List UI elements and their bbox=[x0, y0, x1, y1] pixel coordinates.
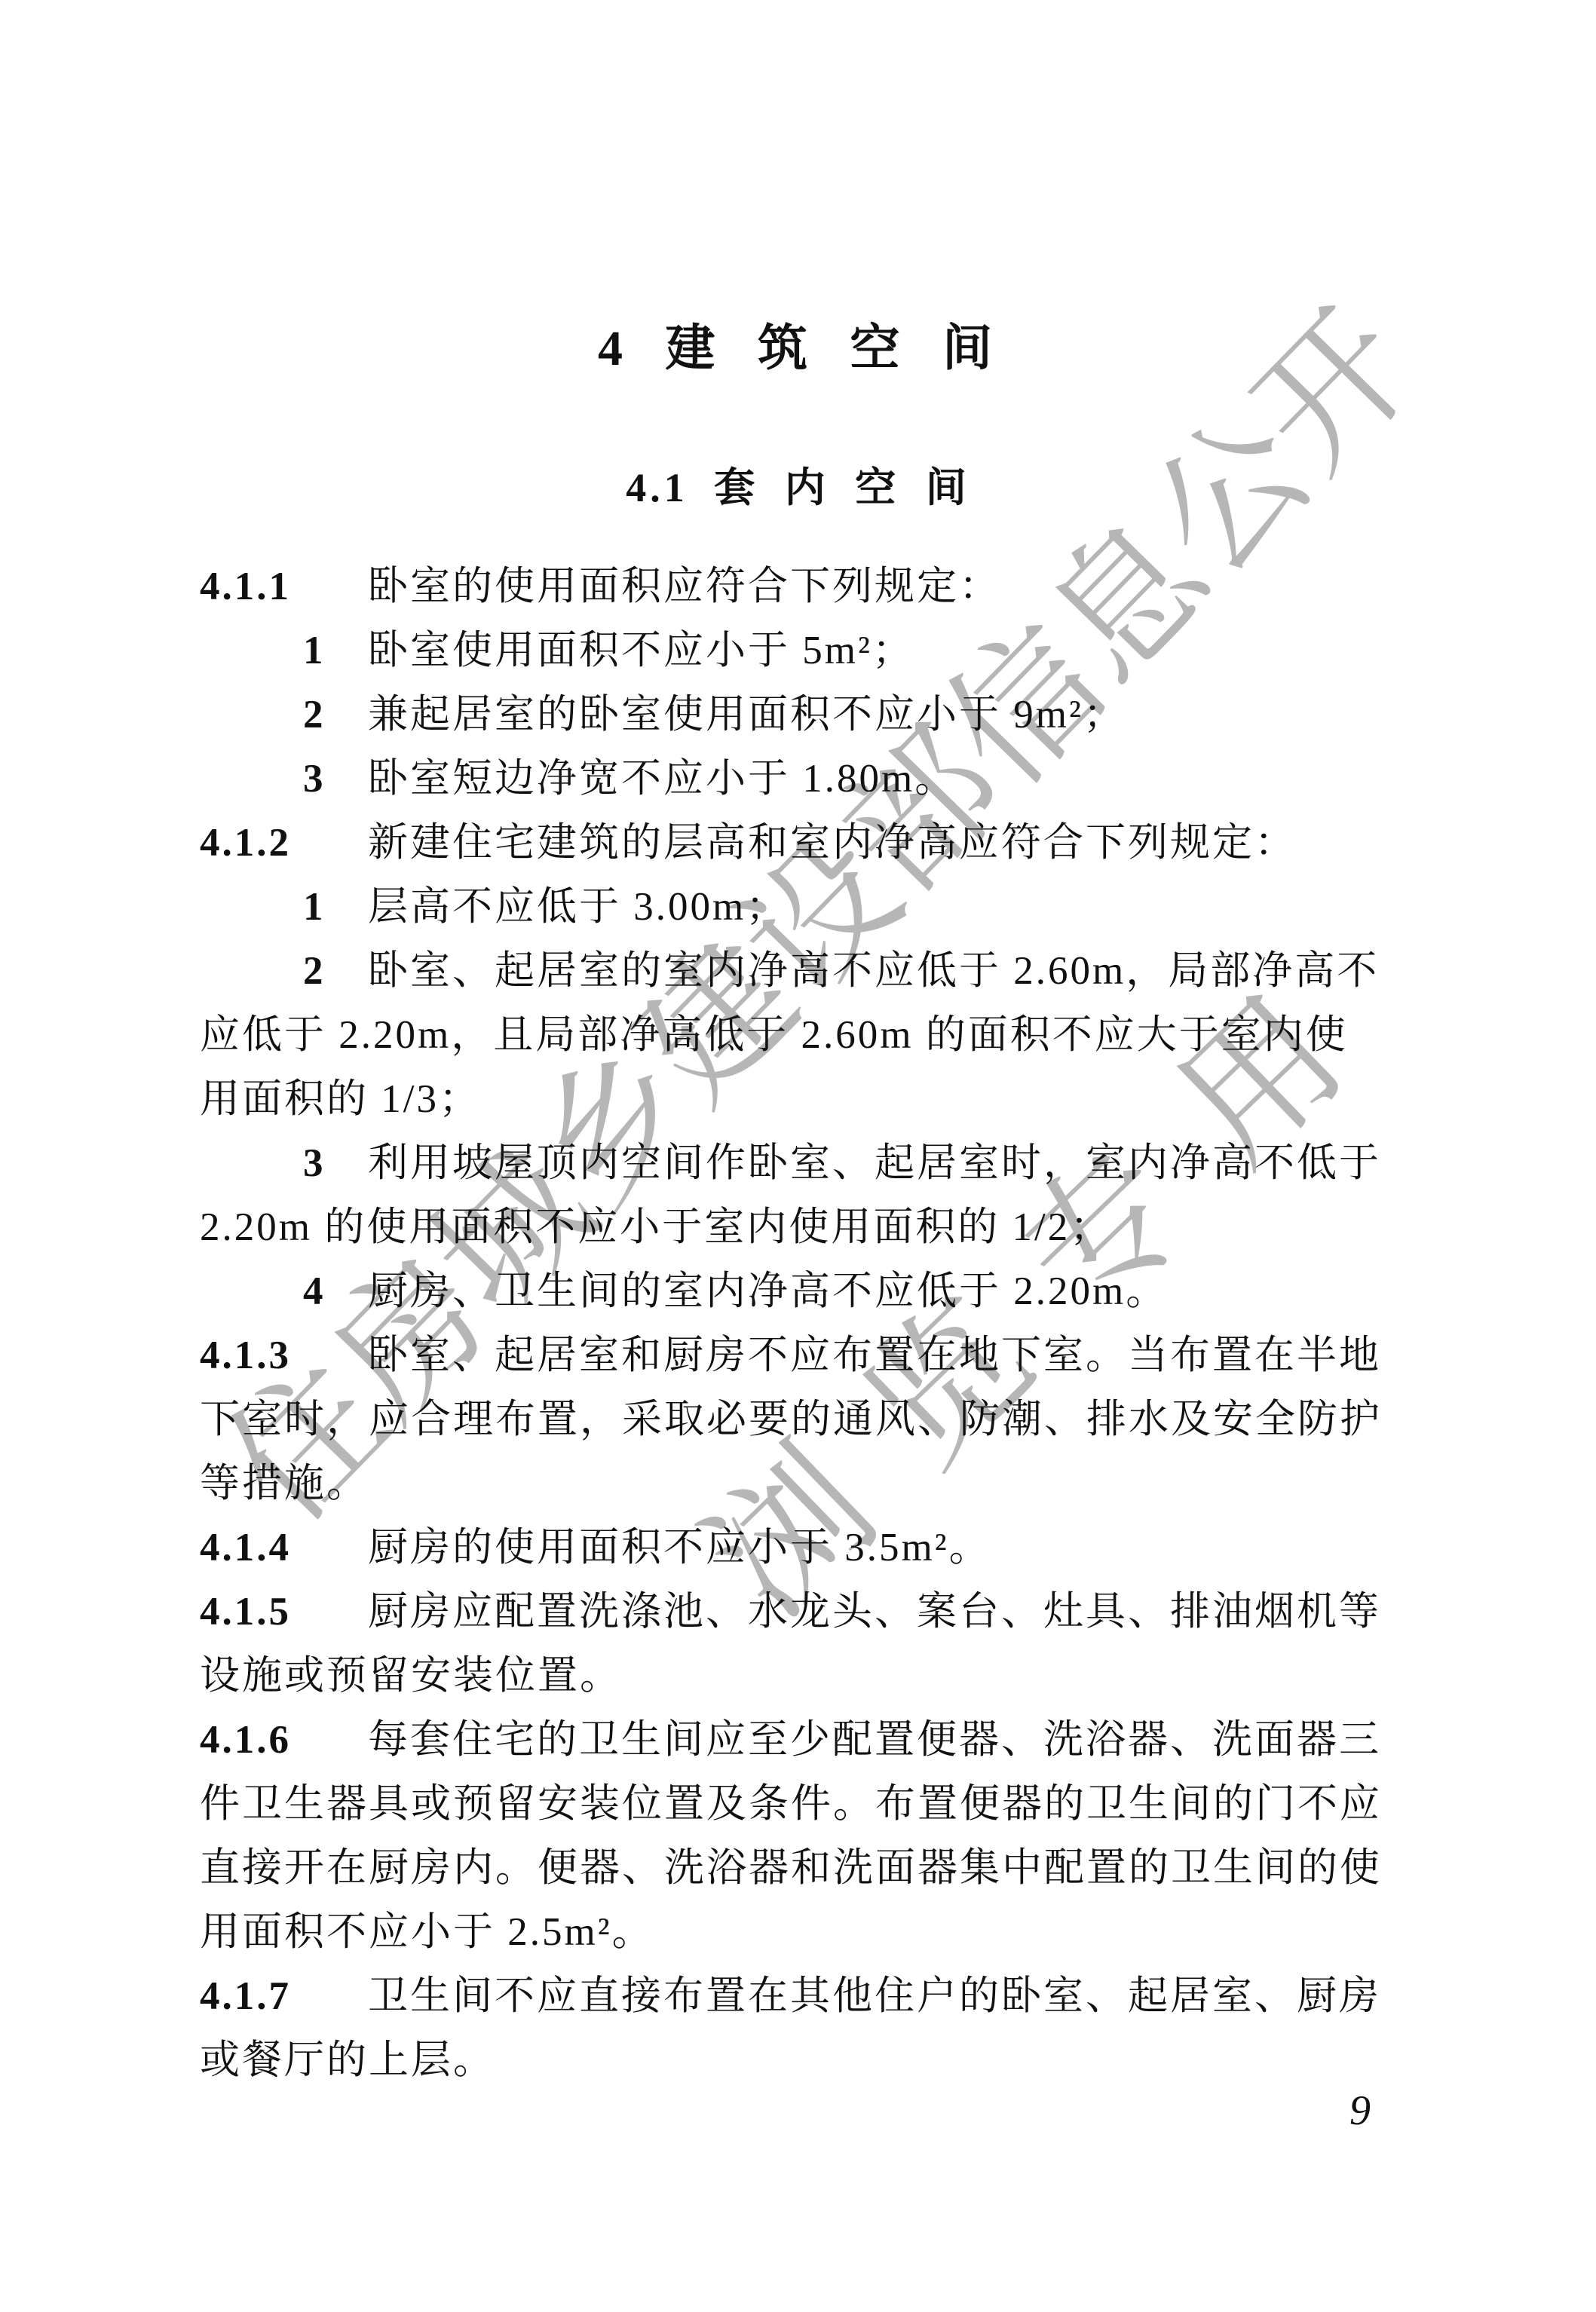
continuation-line: 设施或预留安装位置。 bbox=[200, 1644, 1396, 1708]
clause-line: 4.1.1卧室的使用面积应符合下列规定： bbox=[200, 555, 1396, 619]
page-number: 9 bbox=[1349, 2087, 1371, 2135]
continuation-line: 用面积的 1/3； bbox=[200, 1067, 1396, 1132]
line-text: 应低于 2.20m，且局部净高低于 2.60m 的面积不应大于室内使 bbox=[200, 1013, 1348, 1057]
item-line: 1卧室使用面积不应小于 5m²； bbox=[200, 619, 1396, 683]
line-text: 层高不应低于 3.00m； bbox=[368, 885, 788, 929]
continuation-line: 2.20m 的使用面积不应小于室内使用面积的 1/2； bbox=[200, 1196, 1396, 1260]
line-text: 设施或预留安装位置。 bbox=[200, 1654, 622, 1698]
item-line: 3利用坡屋顶内空间作卧室、起居室时，室内净高不低于 bbox=[200, 1132, 1396, 1196]
line-text: 卫生间不应直接布置在其他住户的卧室、起居室、厨房 bbox=[368, 1974, 1381, 2018]
continuation-line: 用面积不应小于 2.5m²。 bbox=[200, 1900, 1396, 1964]
item-number: 4 bbox=[303, 1260, 368, 1324]
line-text: 用面积不应小于 2.5m²。 bbox=[200, 1910, 654, 1954]
item-line: 2兼起居室的卧室使用面积不应小于 9m²； bbox=[200, 683, 1396, 747]
item-number: 2 bbox=[303, 939, 368, 1003]
continuation-line: 等措施。 bbox=[200, 1452, 1396, 1516]
page-content: 4 建 筑 空 间 4.1 套 内 空 间 4.1.1卧室的使用面积应符合下列规… bbox=[0, 0, 1596, 2093]
item-number: 1 bbox=[303, 875, 368, 939]
clause-number: 4.1.3 bbox=[200, 1324, 368, 1388]
clause-line: 4.1.7卫生间不应直接布置在其他住户的卧室、起居室、厨房 bbox=[200, 1964, 1396, 2029]
item-number: 3 bbox=[303, 1132, 368, 1196]
line-text: 2.20m 的使用面积不应小于室内使用面积的 1/2； bbox=[200, 1205, 1112, 1249]
clause-line: 4.1.4厨房的使用面积不应小于 3.5m²。 bbox=[200, 1516, 1396, 1580]
line-text: 每套住宅的卫生间应至少配置便器、洗浴器、洗面器三 bbox=[368, 1718, 1381, 1762]
line-text: 卧室、起居室的室内净高不应低于 2.60m，局部净高不 bbox=[368, 949, 1379, 993]
line-text: 厨房的使用面积不应小于 3.5m²。 bbox=[368, 1526, 991, 1569]
item-number: 2 bbox=[303, 683, 368, 747]
clause-line: 4.1.6每套住宅的卫生间应至少配置便器、洗浴器、洗面器三 bbox=[200, 1708, 1396, 1772]
continuation-line: 直接开在厨房内。便器、洗浴器和洗面器集中配置的卫生间的使 bbox=[200, 1836, 1396, 1900]
clause-line: 4.1.2新建住宅建筑的层高和室内净高应符合下列规定： bbox=[200, 811, 1396, 875]
item-line: 2卧室、起居室的室内净高不应低于 2.60m，局部净高不 bbox=[200, 939, 1396, 1003]
line-text: 利用坡屋顶内空间作卧室、起居室时，室内净高不低于 bbox=[368, 1141, 1381, 1185]
continuation-line: 应低于 2.20m，且局部净高低于 2.60m 的面积不应大于室内使 bbox=[200, 1003, 1396, 1067]
line-text: 件卫生器具或预留安装位置及条件。布置便器的卫生间的门不应 bbox=[200, 1782, 1382, 1826]
item-line: 4厨房、卫生间的室内净高不应低于 2.20m。 bbox=[200, 1260, 1396, 1324]
body-text: 4.1.1卧室的使用面积应符合下列规定： 1卧室使用面积不应小于 5m²； 2兼… bbox=[200, 555, 1396, 2093]
chapter-title: 4 建 筑 空 间 bbox=[0, 324, 1596, 374]
line-text: 新建住宅建筑的层高和室内净高应符合下列规定： bbox=[368, 821, 1297, 865]
item-number: 3 bbox=[303, 747, 368, 811]
section-title: 4.1 套 内 空 间 bbox=[0, 467, 1596, 508]
item-line: 3卧室短边净宽不应小于 1.80m。 bbox=[200, 747, 1396, 811]
clause-number: 4.1.4 bbox=[200, 1516, 368, 1580]
line-text: 卧室的使用面积应符合下列规定： bbox=[368, 565, 1001, 608]
continuation-line: 下室时，应合理布置，采取必要的通风、防潮、排水及安全防护 bbox=[200, 1388, 1396, 1452]
continuation-line: 或餐厅的上层。 bbox=[200, 2029, 1396, 2093]
line-text: 厨房、卫生间的室内净高不应低于 2.20m。 bbox=[368, 1269, 1168, 1313]
clause-line: 4.1.3卧室、起居室和厨房不应布置在地下室。当布置在半地 bbox=[200, 1324, 1396, 1388]
line-text: 下室时，应合理布置，采取必要的通风、防潮、排水及安全防护 bbox=[200, 1398, 1382, 1441]
clause-number: 4.1.7 bbox=[200, 1964, 368, 2029]
clause-line: 4.1.5厨房应配置洗涤池、水龙头、案台、灶具、排油烟机等 bbox=[200, 1580, 1396, 1644]
line-text: 用面积的 1/3； bbox=[200, 1077, 481, 1121]
line-text: 或餐厅的上层。 bbox=[200, 2038, 495, 2082]
clause-number: 4.1.2 bbox=[200, 811, 368, 875]
line-text: 厨房应配置洗涤池、水龙头、案台、灶具、排油烟机等 bbox=[368, 1590, 1381, 1634]
line-text: 卧室短边净宽不应小于 1.80m。 bbox=[368, 757, 957, 801]
clause-number: 4.1.6 bbox=[200, 1708, 368, 1772]
clause-number: 4.1.5 bbox=[200, 1580, 368, 1644]
item-line: 1层高不应低于 3.00m； bbox=[200, 875, 1396, 939]
document-page: 住房城乡建设部信息公开 浏览专用 4 建 筑 空 间 4.1 套 内 空 间 4… bbox=[0, 0, 1596, 2312]
continuation-line: 件卫生器具或预留安装位置及条件。布置便器的卫生间的门不应 bbox=[200, 1772, 1396, 1836]
line-text: 兼起居室的卧室使用面积不应小于 9m²； bbox=[368, 693, 1126, 736]
line-text: 等措施。 bbox=[200, 1462, 369, 1505]
clause-number: 4.1.1 bbox=[200, 555, 368, 619]
line-text: 卧室、起居室和厨房不应布置在地下室。当布置在半地 bbox=[368, 1334, 1381, 1377]
item-number: 1 bbox=[303, 619, 368, 683]
line-text: 直接开在厨房内。便器、洗浴器和洗面器集中配置的卫生间的使 bbox=[200, 1846, 1382, 1890]
line-text: 卧室使用面积不应小于 5m²； bbox=[368, 629, 914, 672]
